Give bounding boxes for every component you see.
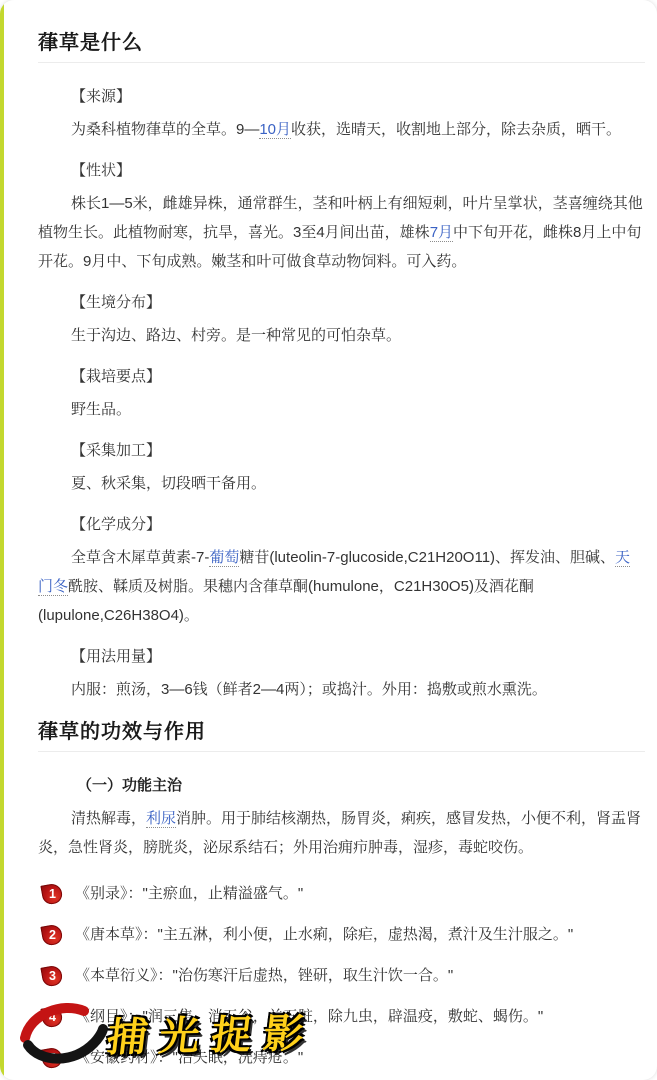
subsection-heading: （一）功能主治 [38, 771, 645, 800]
section-paragraph: 夏、秋采集，切段晒干备用。 [38, 469, 645, 498]
inline-link[interactable]: 利尿 [146, 810, 176, 828]
section-paragraph: 野生品。 [38, 395, 645, 424]
text-run: 糖苷(luteolin-7-glucoside,C21H20O11)、挥发油、胆… [239, 549, 615, 566]
list-number: 3 [49, 969, 56, 982]
section-paragraph: 全草含木犀草黄素-7-葡萄糖苷(luteolin-7-glucoside,C21… [38, 543, 645, 630]
title-divider-2 [38, 751, 645, 752]
inline-link[interactable]: 葡萄 [209, 549, 239, 567]
list-number: 5 [49, 1051, 56, 1064]
article-title-effects: 葎草的功效与作用 [38, 719, 645, 745]
sections-container: 【来源】为桑科植物葎草的全草。9—10月收获，选晴天，收割地上部分，除去杂质，晒… [38, 82, 645, 704]
section-heading: 【栽培要点】 [38, 362, 645, 391]
article-title-what-is: 葎草是什么 [38, 30, 645, 56]
list-number: 1 [49, 887, 56, 900]
list-number-badge: 1 [40, 882, 63, 905]
title-divider [38, 62, 645, 63]
function-indications-paragraph: 清热解毒，利尿消肿。用于肺结核潮热，肠胃炎，痢疾，感冒发热，小便不利，肾盂肾炎，… [38, 804, 645, 862]
section-paragraph: 株长1—5米，雌雄异株，通常群生，茎和叶柄上有细短刺，叶片呈掌状，茎喜缠绕其他植… [38, 189, 645, 276]
inline-link[interactable]: 10月 [259, 121, 291, 139]
text-run: 酰胺、鞣质及树脂。果穗内含葎草酮(humulone，C21H30O5)及酒花酮(… [38, 578, 534, 624]
text-run: 为桑科植物葎草的全草。9— [71, 121, 259, 138]
list-number: 4 [49, 1010, 56, 1023]
list-number-badge: 2 [40, 923, 63, 946]
section-paragraph: 内服：煎汤，3—6钱（鲜者2—4两）；或捣汁。外用：捣敷或煎水熏洗。 [38, 675, 645, 704]
quote-text: 《本草衍义》："治伤寒汗后虚热，锉研，取生汁饮一合。" [75, 961, 453, 990]
section-paragraph: 为桑科植物葎草的全草。9—10月收获，选晴天，收割地上部分，除去杂质，晒干。 [38, 115, 645, 144]
article-content: 葎草是什么 【来源】为桑科植物葎草的全草。9—10月收获，选晴天，收割地上部分，… [0, 0, 657, 1072]
section-heading: 【用法用量】 [38, 642, 645, 671]
quote-text: 《唐本草》："主五淋，利小便，止水痢，除疟，虚热渴，煮汁及生汁服之。" [75, 920, 573, 949]
list-number-badge: 5 [40, 1046, 63, 1069]
text-run: 收获，选晴天，收割地上部分，除去杂质，晒干。 [291, 121, 621, 138]
quote-item: 1《别录》："主瘀血，止精溢盛气。" [42, 879, 645, 908]
section-heading: 【来源】 [38, 82, 645, 111]
article-page: 葎草是什么 【来源】为桑科植物葎草的全草。9—10月收获，选晴天，收割地上部分，… [0, 0, 657, 1080]
quote-text: 《纲目》："润三焦，消五谷，益五脏，除九虫，辟温疫，敷蛇、蝎伤。" [75, 1002, 543, 1031]
text-run: 野生品。 [71, 401, 131, 418]
text-run: 生于沟边、路边、村旁。是一种常见的可怕杂草。 [71, 327, 401, 344]
section-heading: 【化学成分】 [38, 510, 645, 539]
quote-text: 《别录》："主瘀血，止精溢盛气。" [75, 879, 303, 908]
quote-text: 《安徽药材》："治失眠，洗痔疮。" [75, 1043, 303, 1072]
list-number-badge: 4 [40, 1005, 63, 1028]
text-run: 全草含木犀草黄素-7- [71, 549, 209, 566]
inline-link[interactable]: 7月 [430, 224, 453, 242]
left-accent-stripe [0, 0, 4, 1080]
text-run: 清热解毒， [71, 810, 146, 827]
text-run: 夏、秋采集，切段晒干备用。 [71, 475, 266, 492]
quote-item: 4《纲目》："润三焦，消五谷，益五脏，除九虫，辟温疫，敷蛇、蝎伤。" [42, 1002, 645, 1031]
classic-quotes-list: 1《别录》："主瘀血，止精溢盛气。"2《唐本草》："主五淋，利小便，止水痢，除疟… [38, 879, 645, 1072]
quote-item: 3《本草衍义》："治伤寒汗后虚热，锉研，取生汁饮一合。" [42, 961, 645, 990]
section-heading: 【生境分布】 [38, 288, 645, 317]
list-number-badge: 3 [40, 964, 63, 987]
section-paragraph: 生于沟边、路边、村旁。是一种常见的可怕杂草。 [38, 321, 645, 350]
list-number: 2 [49, 928, 56, 941]
quote-item: 2《唐本草》："主五淋，利小便，止水痢，除疟，虚热渴，煮汁及生汁服之。" [42, 920, 645, 949]
section-heading: 【采集加工】 [38, 436, 645, 465]
text-run: 内服：煎汤，3—6钱（鲜者2—4两）；或捣汁。外用：捣敷或煎水熏洗。 [71, 681, 547, 698]
quote-item: 5《安徽药材》："治失眠，洗痔疮。" [42, 1043, 645, 1072]
section-heading: 【性状】 [38, 156, 645, 185]
